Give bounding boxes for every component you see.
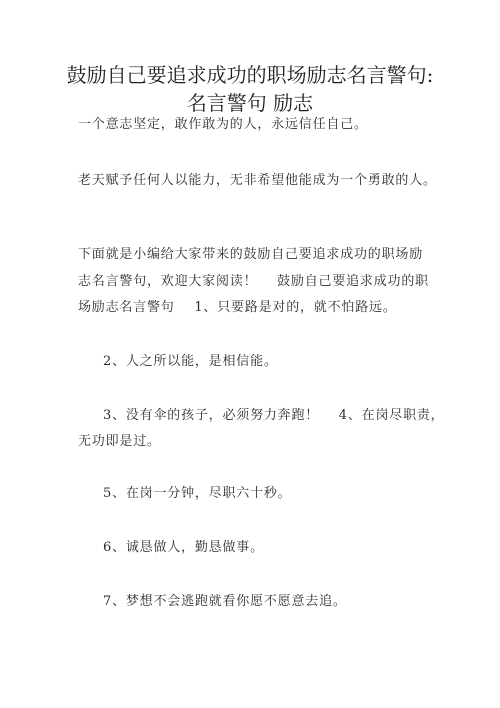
document-title-line-1: 鼓励自己要追求成功的职场励志名言警句: bbox=[0, 62, 500, 88]
paragraph-intro-quote: 一个意志坚定，敢作敢为的人，永远信任自己。 bbox=[78, 116, 368, 134]
quote-item-2: 2、人之所以能，是相信能。 bbox=[103, 353, 278, 371]
quote-item-3-4-line-1: 3、没有伞的孩子，必须努力奔跑！ 4、在岗尽职责， bbox=[103, 407, 444, 425]
document-title-line-2: 名言警句 励志 bbox=[0, 90, 500, 116]
quote-item-3-4-line-2: 无功即是过。 bbox=[78, 433, 161, 451]
quote-item-5: 5、在岗一分钟，尽职六十秒。 bbox=[103, 485, 291, 503]
paragraph-intro-line-2: 志名言警句，欢迎大家阅读！ 鼓励自己要追求成功的职 bbox=[78, 273, 429, 291]
quote-item-7: 7、梦想不会逃跑就看你愿不愿意去追。 bbox=[103, 593, 347, 611]
document-page: 鼓励自己要追求成功的职场励志名言警句: 名言警句 励志 一个意志坚定，敢作敢为的… bbox=[0, 0, 500, 708]
paragraph-intro-line-3: 场励志名言警句 1、只要路是对的，就不怕路远。 bbox=[78, 299, 397, 317]
quote-item-6: 6、诚恳做人，勤恳做事。 bbox=[103, 539, 264, 557]
paragraph-courage-quote: 老天赋予任何人以能力，无非希望他能成为一个勇敢的人。 bbox=[78, 172, 437, 190]
paragraph-intro-line-1: 下面就是小编给大家带来的鼓励自己要追求成功的职场励 bbox=[78, 246, 423, 264]
